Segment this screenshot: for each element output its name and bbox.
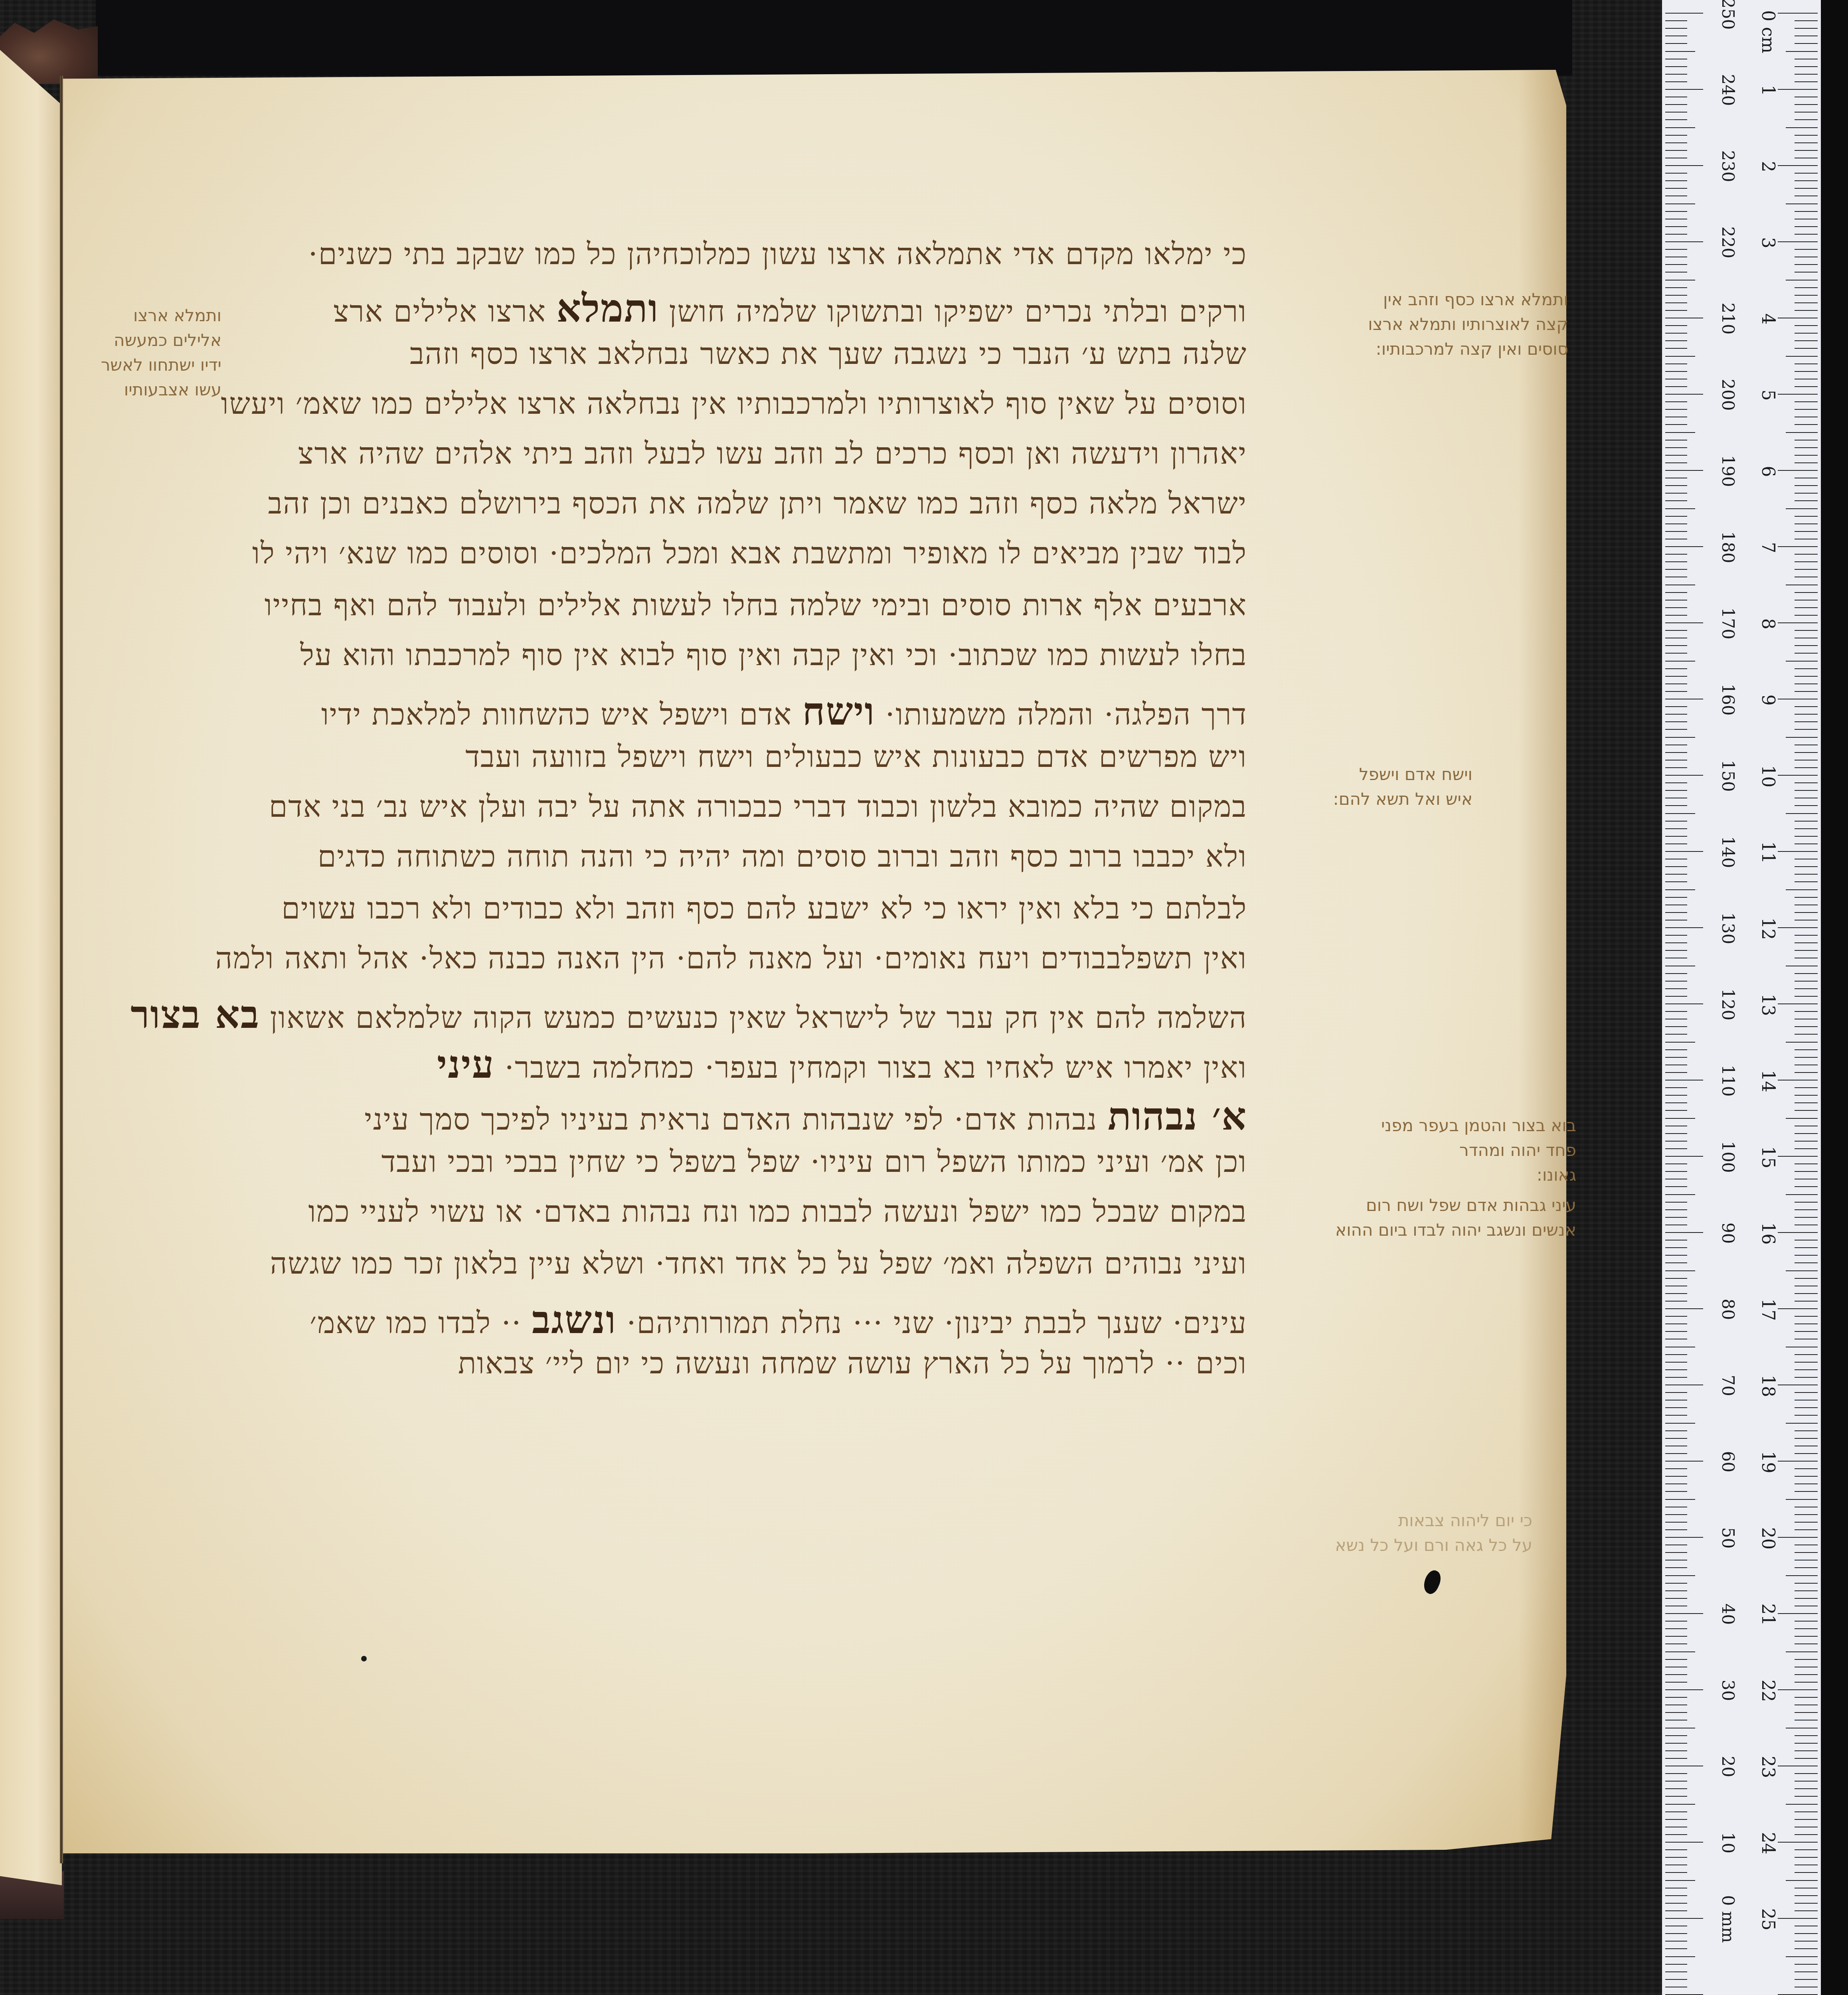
ruler-tick: [1665, 752, 1687, 753]
ruler-mm-label: 100: [1718, 1133, 1738, 1181]
ruler-cm-label: 20: [1758, 1519, 1778, 1558]
ruler-mm-label: 180: [1718, 523, 1738, 571]
ruler-tick: [1795, 1895, 1818, 1896]
ruler-tick: [1665, 440, 1687, 440]
ruler-tick: [1795, 1019, 1818, 1019]
ruler-tick: [1786, 585, 1818, 585]
ruler-tick: [1795, 97, 1818, 97]
ruler-tick: [1665, 973, 1687, 974]
ruler-tick: [1665, 97, 1687, 97]
ruler-tick: [1795, 1583, 1818, 1584]
ruler-tick: [1665, 927, 1703, 928]
ruler-tick: [1665, 585, 1695, 585]
ruler-tick: [1665, 1194, 1695, 1195]
ruler-tick: [1665, 1011, 1687, 1012]
ruler-tick: [1665, 1880, 1695, 1881]
ruler-tick: [1795, 1278, 1818, 1279]
ruler-tick: [1665, 310, 1687, 311]
ruler-tick: [1795, 135, 1818, 136]
ruler-tick: [1665, 546, 1703, 547]
ruler-tick: [1795, 561, 1818, 562]
ruler-tick: [1795, 1354, 1818, 1355]
ruler-tick: [1778, 241, 1818, 242]
ruler-tick: [1665, 51, 1695, 52]
ruler-tick: [1795, 1034, 1818, 1035]
ruler-tick: [1665, 1407, 1687, 1408]
ruler-tick: [1665, 1766, 1703, 1766]
ruler-tick: [1795, 1522, 1818, 1523]
line-text-continued: כבעולים וישח וישפל בזוועה ועבד: [465, 740, 863, 774]
ruler-tick: [1795, 485, 1818, 486]
ruler-tick: [1665, 36, 1687, 36]
ruler-tick: [1665, 1042, 1695, 1043]
margin-note-line: אנשים ונשגב יהוה לבדו ביום ההוא: [1257, 1218, 1576, 1242]
text-line: ועיני נבוהים השפלה ואמ׳ שפל על כל אחד וא…: [202, 1249, 1247, 1278]
ruler-tick: [1795, 211, 1818, 212]
ruler-tick: [1665, 196, 1687, 196]
ruler-tick: [1795, 440, 1818, 440]
ruler-tick: [1795, 729, 1818, 730]
ruler-tick: [1665, 1720, 1687, 1720]
ruler-tick: [1665, 249, 1687, 250]
ruler-cm-label: 17: [1758, 1290, 1778, 1330]
line-text: נבהות אדם· לפי שנבהות האדם נראית בעיניו …: [364, 1102, 1097, 1137]
ruler-tick: [1665, 1910, 1687, 1911]
ruler-tick: [1665, 1026, 1687, 1027]
ruler-tick: [1665, 287, 1687, 288]
ruler-tick: [1665, 1948, 1687, 1949]
ruler-mm-label: 240: [1718, 66, 1738, 114]
ruler-tick: [1786, 1651, 1818, 1652]
ruler-tick: [1795, 1110, 1818, 1111]
ruler-tick: [1795, 668, 1818, 669]
ruler-tick: [1795, 1011, 1818, 1012]
ruler-tick: [1795, 43, 1818, 44]
ruler-tick: [1665, 142, 1687, 143]
ruler-mm-label: 80: [1718, 1286, 1738, 1333]
ruler-tick: [1778, 1080, 1818, 1080]
ruler-tick: [1665, 1110, 1687, 1111]
ruler-tick: [1795, 1483, 1818, 1484]
ruler-tick: [1665, 1118, 1695, 1119]
ink-dot: [361, 1656, 367, 1661]
ruler-tick: [1795, 1788, 1818, 1789]
text-line: לבוד שבין מביאים לו מאופיר ומתשבת אבא ומ…: [202, 539, 1247, 568]
ruler-tick: [1786, 1423, 1818, 1424]
ruler-tick: [1778, 1537, 1818, 1538]
ruler-tick: [1665, 180, 1687, 181]
ruler-tick: [1778, 622, 1818, 623]
ruler-tick: [1665, 485, 1687, 486]
ruler-tick: [1795, 1567, 1818, 1568]
ruler-tick: [1665, 1514, 1687, 1515]
ruler-tick: [1795, 1262, 1818, 1263]
ruler-cm-label: 22: [1758, 1671, 1778, 1711]
ruler-tick: [1786, 1042, 1818, 1043]
ruler-tick: [1795, 1102, 1818, 1103]
ruler-tick: [1795, 752, 1818, 753]
ruler-tick: [1795, 981, 1818, 982]
line-text-continued: יום ליי׳ צבאות: [458, 1346, 631, 1381]
ruler-tick: [1795, 104, 1818, 105]
ruler-tick: [1778, 394, 1818, 395]
ruler-tick: [1795, 836, 1818, 837]
ruler-tick: [1665, 493, 1687, 494]
ruler-tick: [1786, 1499, 1818, 1500]
ruler-tick: [1665, 745, 1687, 745]
margin-note-line: ותמלא ארצו: [62, 303, 221, 328]
ruler-tick: [1778, 1766, 1818, 1766]
ruler-tick: [1665, 1377, 1687, 1378]
ruler-tick: [1795, 1240, 1818, 1240]
ruler-tick: [1665, 1819, 1687, 1820]
ruler-tick: [1795, 973, 1818, 974]
line-text: ולא יכבבו ברוב כסף וזהב וברוב סוסים ומה …: [318, 839, 1247, 874]
ruler-tick: [1665, 1567, 1687, 1568]
ruler-tick: [1795, 219, 1818, 219]
ruler-tick: [1795, 478, 1818, 478]
margin-note-line: עשו אצבעותיו: [62, 377, 221, 402]
ruler-tick: [1795, 805, 1818, 806]
ruler-tick: [1795, 1827, 1818, 1827]
ruler-tick: [1778, 1232, 1818, 1233]
ruler-tick: [1795, 721, 1818, 722]
ruler-tick: [1795, 821, 1818, 822]
ruler-tick: [1665, 1697, 1687, 1698]
ruler-tick: [1795, 1781, 1818, 1782]
ruler-tick: [1795, 1865, 1818, 1865]
ruler-tick: [1665, 1758, 1687, 1759]
ruler-tick: [1665, 1133, 1687, 1134]
ruler-tick: [1795, 1255, 1818, 1256]
ruler-cm-label: 15: [1758, 1138, 1778, 1177]
ruler-tick: [1786, 1270, 1818, 1271]
ruler-tick: [1795, 1621, 1818, 1622]
ruler-tick: [1665, 1606, 1687, 1606]
ruler-cm-label: 3: [1758, 223, 1778, 263]
ruler-tick: [1795, 920, 1818, 920]
ruler-tick: [1665, 1057, 1687, 1058]
ruler-tick: [1795, 1636, 1818, 1637]
ruler-tick: [1665, 874, 1687, 875]
ruler-tick: [1795, 1926, 1818, 1926]
ruler-tick: [1795, 180, 1818, 181]
ruler-tick: [1665, 775, 1703, 776]
text-line: בחלו לעשות כמו שכתוב· וכי ואין קבה ואין …: [202, 640, 1247, 670]
ruler-tick: [1665, 851, 1703, 852]
scale-ruler: 0 cm123456789101112131415161718192021222…: [1662, 0, 1821, 1995]
ruler-mm-label: 140: [1718, 828, 1738, 876]
line-text: לבוד שבין מביאים לו מאופיר ומתשבת אבא ומ…: [252, 536, 1247, 571]
ruler-tick: [1778, 1842, 1818, 1843]
ruler-tick: [1795, 782, 1818, 783]
ruler-tick: [1665, 1522, 1687, 1523]
velvet-backing: [96, 0, 1572, 76]
ruler-tick: [1665, 272, 1687, 273]
margin-note-right-middle: וישח אדם וישפלאיש ואל תשא להם:: [1265, 762, 1472, 812]
ruler-tick: [1665, 516, 1687, 517]
ruler-tick: [1795, 706, 1818, 707]
ruler-tick: [1665, 622, 1703, 623]
margin-note-line: כי יום ליהוה צבאות: [1309, 1508, 1532, 1533]
ruler-tick: [1665, 645, 1687, 646]
ruler-tick: [1795, 1773, 1818, 1774]
ruler-tick: [1665, 843, 1687, 844]
ruler-tick: [1665, 1430, 1687, 1431]
ruler-tick: [1795, 1811, 1818, 1812]
ruler-tick: [1795, 462, 1818, 463]
ruler-tick: [1795, 645, 1818, 646]
text-line: ואין יאמרו איש לאחיו בא בצור וקמחין בעפר…: [202, 1045, 1247, 1084]
line-text: וכן אמ׳ ועיני כמותו השפל רום עיניו· שפל …: [381, 1145, 1247, 1179]
text-line: במקום שהיה כמובא בלשון וכבוד דברי כבכורה…: [202, 792, 1247, 822]
ruler-tick: [1665, 981, 1687, 982]
ruler-tick: [1795, 1026, 1818, 1027]
ruler-tick: [1795, 1872, 1818, 1873]
ruler-tick: [1795, 1392, 1818, 1393]
margin-note-line: עיני גבהות אדם שפל ושח רום: [1257, 1193, 1576, 1218]
ruler-tick: [1665, 1728, 1695, 1728]
ruler-tick: [1795, 1453, 1818, 1454]
ruler-tick: [1795, 1491, 1818, 1492]
lemma-word: ותמלא: [556, 286, 659, 331]
ruler-tick: [1665, 958, 1687, 958]
ruler-tick: [1795, 1171, 1818, 1172]
ruler-tick: [1795, 333, 1818, 334]
ruler-tick: [1795, 424, 1818, 425]
ruler-tick: [1665, 1278, 1687, 1279]
ruler-tick: [1795, 1217, 1818, 1218]
ruler-tick: [1795, 1057, 1818, 1058]
ruler-tick: [1665, 714, 1687, 715]
lemma-word: וישח: [802, 689, 876, 734]
ruler-tick: [1795, 1400, 1818, 1400]
ruler-tick: [1795, 866, 1818, 867]
ruler-tick: [1665, 1529, 1687, 1530]
ruler-tick: [1786, 1804, 1818, 1805]
ruler-tick: [1665, 668, 1687, 669]
ruler-tick: [1665, 889, 1695, 890]
ruler-tick: [1665, 1842, 1703, 1843]
ruler-tick: [1665, 1865, 1687, 1865]
ruler-tick: [1786, 508, 1818, 509]
ruler-tick: [1665, 966, 1695, 966]
ruler-tick: [1795, 310, 1818, 311]
ruler-tick: [1665, 1667, 1687, 1667]
ruler-tick: [1665, 1941, 1687, 1942]
ruler-tick: [1795, 1758, 1818, 1759]
side-lemma: א׳ נבהות: [1108, 1094, 1247, 1139]
line-text: ואין תשפלבבודים ויעח נאומים· ועל מאנה לה…: [215, 941, 1247, 976]
ruler-tick: [1795, 1712, 1818, 1713]
line-text: וסוסים על שאין סוף לאוצרותיו ולמרכבותיו …: [221, 387, 1247, 421]
ruler-tick: [1795, 676, 1818, 677]
ruler-tick: [1665, 638, 1687, 638]
ruler-tick: [1665, 1956, 1695, 1957]
ruler-tick: [1665, 1316, 1687, 1317]
ruler-tick: [1665, 699, 1703, 699]
ruler-tick: [1795, 417, 1818, 417]
ruler-tick: [1795, 447, 1818, 448]
ruler-tick: [1795, 81, 1818, 82]
line-text: ואין יאמרו איש לאחיו בא בצור וקמחין בעפר…: [504, 1051, 1247, 1085]
ruler-tick: [1665, 1293, 1687, 1294]
ruler-mm-label: 200: [1718, 371, 1738, 419]
line-text: דרך הפלגה· והמלה משמעותו·: [885, 697, 1247, 732]
ruler-tick: [1665, 615, 1687, 616]
ruler-tick: [1795, 950, 1818, 951]
text-line: ויש מפרשים אדם כבעונות איש כבעולים וישח …: [202, 742, 1247, 772]
ruler-tick: [1795, 1179, 1818, 1179]
ruler-tick: [1665, 1156, 1703, 1157]
ruler-tick: [1665, 409, 1687, 410]
ruler-tick: [1665, 592, 1687, 593]
ruler-tick: [1665, 1735, 1687, 1736]
ruler-tick: [1665, 1095, 1687, 1096]
ruler-tick: [1665, 81, 1687, 82]
ruler-tick: [1665, 531, 1687, 532]
ruler-tick: [1665, 112, 1687, 113]
ruler-tick: [1795, 1971, 1818, 1972]
ruler-tick: [1665, 28, 1687, 29]
ruler-tick: [1665, 226, 1687, 227]
ruler-tick: [1795, 36, 1818, 36]
ruler-tick: [1786, 356, 1818, 357]
lemma-word: בא בצור: [130, 992, 260, 1037]
ruler-tick: [1665, 1301, 1687, 1302]
ruler-mm-label: 150: [1718, 752, 1738, 800]
ruler-tick: [1795, 1933, 1818, 1934]
ruler-tick: [1665, 1202, 1687, 1203]
ruler-tick: [1665, 333, 1687, 334]
ruler-tick: [1665, 127, 1695, 128]
ruler-tick: [1665, 1225, 1687, 1225]
ruler-tick: [1665, 1461, 1703, 1462]
ruler-tick: [1665, 1903, 1687, 1904]
ruler-tick: [1665, 1087, 1687, 1088]
ruler-tick: [1665, 798, 1687, 798]
ruler-mm-label: 230: [1718, 142, 1738, 190]
ruler-tick: [1786, 432, 1818, 433]
ruler-tick: [1795, 1796, 1818, 1797]
ruler-tick: [1778, 13, 1818, 14]
ruler-tick: [1795, 1979, 1818, 1980]
ruler-tick: [1665, 1339, 1687, 1339]
ruler-tick: [1665, 1049, 1687, 1050]
ruler-tick: [1665, 950, 1687, 951]
ruler-mm-label: 120: [1718, 981, 1738, 1029]
ruler-tick: [1795, 897, 1818, 898]
ruler-tick: [1795, 1964, 1818, 1965]
text-line: יאהרון וידעשה ואן וכסף כרכים לב וזהב עשו…: [202, 439, 1247, 468]
ruler-tick: [1665, 188, 1687, 189]
ruler-tick: [1665, 348, 1687, 349]
ruler-tick: [1795, 1606, 1818, 1606]
ruler-tick: [1665, 1689, 1703, 1690]
ruler-tick: [1795, 577, 1818, 577]
ruler-tick: [1665, 661, 1695, 662]
ruler-tick: [1665, 500, 1687, 501]
ruler-tick: [1778, 775, 1818, 776]
ruler-tick: [1665, 630, 1687, 631]
ruler-tick: [1665, 295, 1687, 296]
ruler-tick: [1778, 927, 1818, 928]
lemma-word: עיני: [437, 1042, 494, 1087]
ruler-tick: [1665, 455, 1687, 456]
ruler-tick: [1665, 59, 1687, 59]
ruler-tick: [1665, 1651, 1695, 1652]
ruler-tick: [1665, 1918, 1703, 1919]
margin-note-line: ידיו ישתחוו לאשר: [62, 353, 221, 377]
margin-note-right-lower-2: עיני גבהות אדם שפל ושח רוםאנשים ונשגב יה…: [1257, 1193, 1576, 1242]
ruler-tick: [1795, 935, 1818, 936]
ruler-tick: [1665, 1796, 1687, 1797]
ruler-tick: [1795, 988, 1818, 989]
ruler-tick: [1665, 1743, 1687, 1744]
ruler-tick: [1795, 66, 1818, 67]
ruler-tick: [1778, 546, 1818, 547]
ruler-tick: [1795, 1674, 1818, 1675]
ruler-tick: [1795, 1247, 1818, 1248]
ruler-tick: [1795, 1720, 1818, 1720]
text-line: דרך הפלגה· והמלה משמעותו· וישח אדם וישפל…: [202, 692, 1247, 731]
ruler-tick: [1795, 881, 1818, 882]
ruler-tick: [1665, 1476, 1687, 1477]
ruler-tick: [1665, 340, 1687, 341]
ruler-tick: [1795, 874, 1818, 875]
ruler-tick: [1665, 150, 1687, 151]
ruler-tick: [1795, 264, 1818, 265]
ruler-tick: [1665, 74, 1687, 75]
ruler-tick: [1665, 66, 1687, 67]
ruler-tick: [1665, 523, 1687, 524]
ruler-cm-label: 6: [1758, 452, 1778, 492]
ruler-tick: [1665, 1613, 1703, 1614]
text-line: כי ימלאו מקדם אדי אתמלאה ארצו עשון כמלוכ…: [202, 239, 1247, 269]
margin-note-line: פחד יהוה ומהדר: [1297, 1138, 1576, 1163]
ruler-tick: [1665, 1034, 1687, 1035]
ruler-tick: [1665, 683, 1687, 684]
ruler-tick: [1665, 1987, 1687, 1987]
ruler-tick: [1665, 912, 1687, 913]
ruler-tick: [1665, 1682, 1687, 1683]
ruler-tick: [1665, 1148, 1687, 1149]
ruler-tick: [1665, 1179, 1687, 1179]
ruler-tick: [1665, 20, 1687, 21]
ruler-tick: [1795, 1163, 1818, 1164]
ruler-tick: [1665, 828, 1687, 829]
ruler-tick: [1795, 188, 1818, 189]
ruler-tick: [1665, 1628, 1687, 1629]
ruler-mm-label: 60: [1718, 1438, 1738, 1486]
ruler-tick: [1665, 1560, 1687, 1560]
ruler-tick: [1795, 455, 1818, 456]
ruler-tick: [1778, 1613, 1818, 1614]
ruler-mm-label: 170: [1718, 600, 1738, 648]
ruler-tick: [1665, 1453, 1687, 1454]
ruler-tick: [1665, 737, 1695, 738]
ruler-tick: [1778, 699, 1818, 699]
ruler-tick: [1778, 89, 1818, 90]
ruler-tick: [1795, 1148, 1818, 1149]
ruler-tick: [1665, 813, 1695, 814]
line-text-continued: ארצו כסף וזהב: [410, 337, 588, 371]
text-line: ישראל מלאה כסף וזהב כמו שאמר ויתן שלמה א…: [202, 489, 1247, 518]
line-text: כי ימלאו מקדם אדי אתמלאה ארצו עשון כמלוכ…: [308, 237, 1247, 271]
ruler-cm-label: 12: [1758, 909, 1778, 949]
ruler-tick: [1795, 539, 1818, 539]
ruler-tick: [1795, 1407, 1818, 1408]
